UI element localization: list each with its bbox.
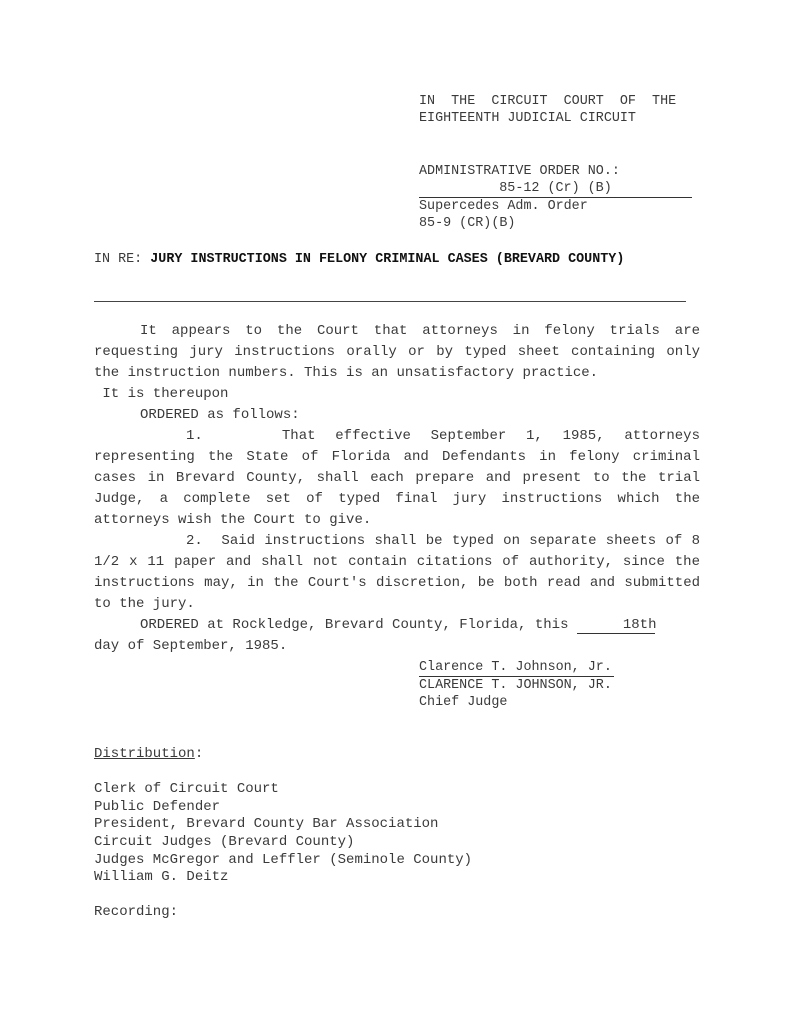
- ordered-at-line: ORDERED at Rockledge, Brevard County, Fl…: [94, 615, 700, 636]
- recipient: Clerk of Circuit Court: [94, 781, 279, 797]
- printed-name: CLARENCE T. JOHNSON, JR.: [419, 678, 612, 693]
- in-re-prefix: IN RE:: [94, 252, 150, 267]
- supercedes-note: Supercedes Adm. Order 85-9 (CR)(B): [419, 198, 588, 232]
- order-item-1: 1. That effective September 1, 1985, att…: [94, 426, 700, 531]
- judge-title: Chief Judge: [419, 695, 507, 710]
- supercedes-line-2: 85-9 (CR)(B): [419, 216, 515, 231]
- distribution-label: Distribution: [94, 746, 195, 762]
- order-label: ADMINISTRATIVE ORDER NO.:: [419, 163, 620, 180]
- order-body: It appears to the Court that attorneys i…: [94, 321, 700, 657]
- recipient: President, Brevard County Bar Associatio…: [94, 816, 438, 832]
- signature-block: Clarence T. Johnson, Jr. CLARENCE T. JOH…: [419, 659, 614, 711]
- court-heading: IN THE CIRCUIT COURT OF THE EIGHTEENTH J…: [419, 93, 676, 127]
- recipient: Circuit Judges (Brevard County): [94, 834, 354, 850]
- thereupon-line: It is thereupon: [94, 384, 700, 405]
- court-line-1: IN THE CIRCUIT COURT OF THE: [419, 94, 676, 109]
- date-line: day of September, 1985.: [94, 636, 700, 657]
- supercedes-line-1: Supercedes Adm. Order: [419, 199, 588, 214]
- order-number: 85-12 (Cr) (B): [419, 180, 692, 198]
- ordered-at-text: ORDERED at Rockledge, Brevard County, Fl…: [140, 617, 577, 633]
- recipient: William G. Deitz: [94, 869, 228, 885]
- in-re-line: IN RE: JURY INSTRUCTIONS IN FELONY CRIMI…: [94, 251, 624, 268]
- item-number: 2.: [186, 533, 203, 549]
- day-field: 18th: [577, 618, 655, 634]
- recording-label: Recording:: [94, 904, 178, 920]
- signed-name: Clarence T. Johnson, Jr.: [419, 659, 614, 677]
- ordered-heading: ORDERED as follows:: [94, 405, 700, 426]
- order-item-2: 2. Said instructions shall be typed on s…: [94, 531, 700, 615]
- item-text: That effective September 1, 1985, attorn…: [94, 428, 700, 528]
- item-number: 1.: [186, 428, 203, 444]
- intro-paragraph: It appears to the Court that attorneys i…: [94, 321, 700, 384]
- in-re-title: JURY INSTRUCTIONS IN FELONY CRIMINAL CAS…: [150, 252, 624, 267]
- distribution-block: Distribution: Clerk of Circuit Court Pub…: [94, 746, 472, 922]
- divider-rule: [94, 301, 686, 302]
- recipient: Public Defender: [94, 799, 220, 815]
- item-text: Said instructions shall be typed on sepa…: [94, 533, 700, 612]
- court-line-2: EIGHTEENTH JUDICIAL CIRCUIT: [419, 111, 636, 126]
- recipient: Judges McGregor and Leffler (Seminole Co…: [94, 852, 472, 868]
